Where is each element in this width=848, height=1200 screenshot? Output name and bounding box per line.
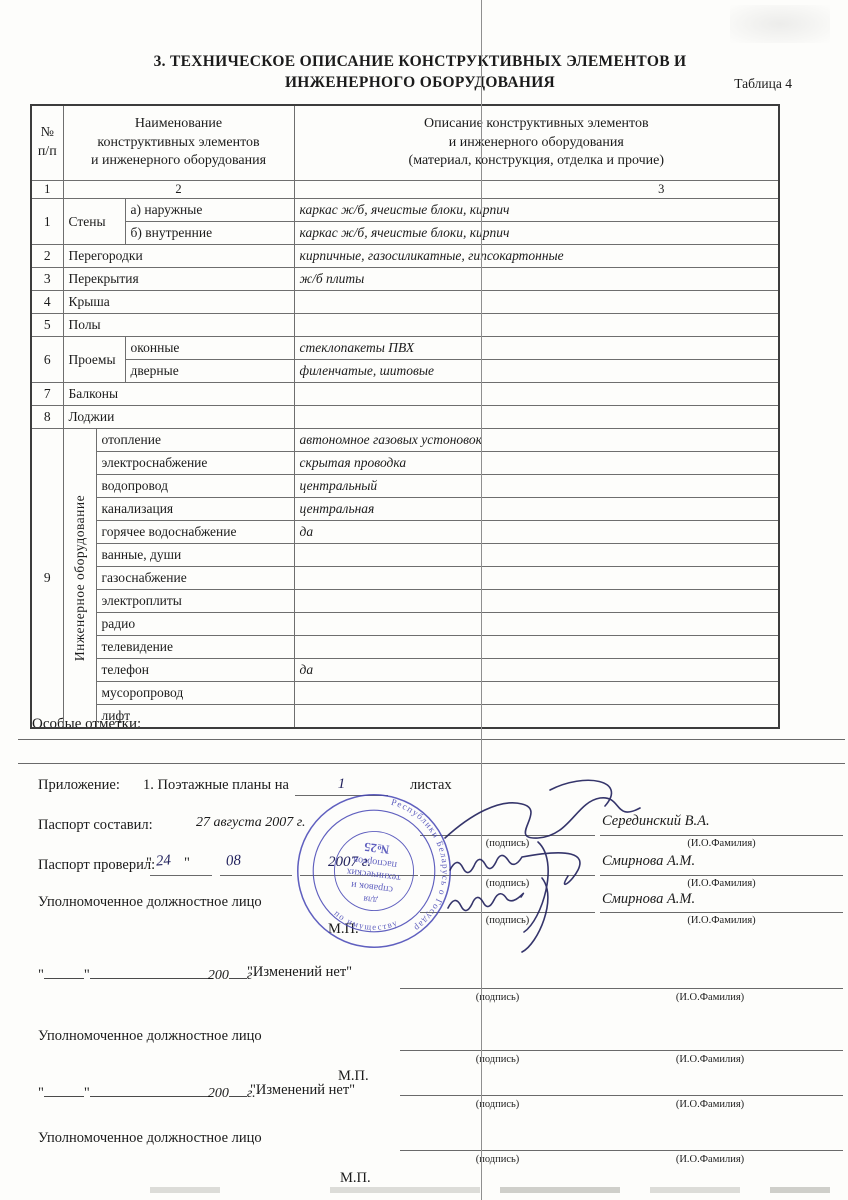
- cb2-official-label: Уполномоченное должностное лицо: [38, 1130, 262, 1147]
- official-name: Смирнова А.М.: [602, 891, 695, 908]
- description-cell: ж/б плиты: [294, 268, 779, 291]
- element-name-cell: ванные, души: [96, 544, 294, 567]
- row-number-cell: 3: [31, 268, 63, 291]
- change-block-1-date: ""200г: [38, 964, 252, 984]
- description-cell: каркас ж/б, ячеистые блоки, кирпич: [294, 222, 779, 245]
- cb1-official-line: [400, 1050, 843, 1051]
- cb1-official-label: Уполномоченное должностное лицо: [38, 1028, 262, 1045]
- element-name-cell: б) внутренние: [125, 222, 294, 245]
- vertical-group-label: Инженерное оборудование: [72, 495, 88, 661]
- cb2-day-blank: [44, 1082, 84, 1097]
- special-marks-line-1: [18, 739, 845, 740]
- table-row: телевидение: [31, 636, 779, 659]
- element-name-cell: электроплиты: [96, 590, 294, 613]
- compiled-name: Серединский В.А.: [602, 813, 710, 830]
- elements-table: № п/п Наименование конструктивных элемен…: [30, 104, 780, 729]
- cb2-fam-caption: (И.О.Фамилия): [600, 1099, 820, 1110]
- description-cell: [294, 613, 779, 636]
- signature-official: [448, 893, 523, 910]
- element-name-cell: водопровод: [96, 475, 294, 498]
- column-index-row: 1 2 3: [31, 181, 779, 199]
- checked-day-line: [150, 875, 212, 876]
- description-cell: [294, 544, 779, 567]
- table-row: ванные, души: [31, 544, 779, 567]
- cb2-sign-line: [400, 1095, 843, 1096]
- attachment-item: 1. Поэтажные планы на: [143, 777, 289, 794]
- cb1-year-blank: [229, 964, 247, 979]
- table-row: 5Полы: [31, 314, 779, 337]
- index-2: 2: [63, 181, 294, 199]
- row-number-cell: 5: [31, 314, 63, 337]
- group-cell: Стены: [63, 199, 125, 245]
- page-title-line1: 3. ТЕХНИЧЕСКОЕ ОПИСАНИЕ КОНСТРУКТИВНЫХ Э…: [0, 52, 840, 73]
- compiled-date: 27 августа 2007 г.: [196, 815, 306, 831]
- cb2-month-blank: [90, 1082, 208, 1097]
- table-row: 8Лоджии: [31, 406, 779, 429]
- element-name-cell: Балконы: [63, 383, 294, 406]
- description-cell: кирпичные, газосиликатные, гипсокартонны…: [294, 245, 779, 268]
- checked-quote-close: ": [184, 855, 190, 872]
- checked-year: 2007 г.: [328, 854, 371, 871]
- table-row: дверныефиленчатые, шитовые: [31, 360, 779, 383]
- official-sign-caption: (подпись): [420, 915, 595, 926]
- cb2-sign-caption: (подпись): [410, 1099, 585, 1110]
- header-desc-cell: Описание конструктивных элементов и инже…: [294, 105, 779, 181]
- index-3: 3: [294, 181, 779, 199]
- element-name-cell: Полы: [63, 314, 294, 337]
- header-desc-line1: Описание конструктивных элементов: [299, 115, 775, 134]
- header-num-line1: №: [36, 124, 59, 143]
- checked-month: 08: [225, 852, 241, 870]
- table-row: б) внутренниекаркас ж/б, ячеистые блоки,…: [31, 222, 779, 245]
- description-cell: автономное газовых устоновок: [294, 429, 779, 452]
- svg-text:справок и: справок и: [350, 879, 394, 895]
- checked-day: 24: [155, 852, 171, 870]
- scan-smudge: [730, 5, 830, 43]
- row-number-cell: 9: [31, 429, 63, 729]
- element-name-cell: мусоропровод: [96, 682, 294, 705]
- table-row: 6Проемыоконныестеклопакеты ПВХ: [31, 337, 779, 360]
- page-title-line2: ИНЖЕНЕРНОГО ОБОРУДОВАНИЯ: [0, 73, 840, 94]
- cb1-official-sign-caption: (подпись): [410, 1054, 585, 1065]
- element-name-cell: газоснабжение: [96, 567, 294, 590]
- row-number-cell: 4: [31, 291, 63, 314]
- element-name-cell: электроснабжение: [96, 452, 294, 475]
- checked-sign-line: [420, 875, 595, 876]
- cb1-official-fam-caption: (И.О.Фамилия): [600, 1054, 820, 1065]
- change-block-2-nochanges: "Изменений нет": [250, 1082, 355, 1099]
- table-row: канализацияцентральная: [31, 498, 779, 521]
- header-name-cell: Наименование конструктивных элементов и …: [63, 105, 294, 181]
- description-cell: стеклопакеты ПВХ: [294, 337, 779, 360]
- description-cell: [294, 590, 779, 613]
- table-row: 3Перекрытияж/б плиты: [31, 268, 779, 291]
- table-header-row: № п/п Наименование конструктивных элемен…: [31, 105, 779, 181]
- element-name-cell: телевидение: [96, 636, 294, 659]
- cb2-year: 200: [208, 1086, 229, 1101]
- cb2-official-line: [400, 1150, 843, 1151]
- mp-label-1: М.П.: [328, 921, 359, 938]
- checked-name-line: [600, 875, 843, 876]
- row-number-cell: 1: [31, 199, 63, 245]
- table-row: водопроводцентральный: [31, 475, 779, 498]
- cb1-year: 200: [208, 968, 229, 983]
- official-name-caption: (И.О.Фамилия): [600, 915, 843, 926]
- table-row: 4Крыша: [31, 291, 779, 314]
- attachment-label: Приложение:: [38, 777, 120, 794]
- scan-edge-artifact: [330, 1187, 480, 1193]
- element-name-cell: Лоджии: [63, 406, 294, 429]
- cb1-month-blank: [90, 964, 208, 979]
- table-row: электроснабжениескрытая проводка: [31, 452, 779, 475]
- attachment-suffix: листах: [410, 777, 452, 794]
- checked-sign-caption: (подпись): [420, 878, 595, 889]
- description-cell: скрытая проводка: [294, 452, 779, 475]
- element-name-cell: лифт: [96, 705, 294, 729]
- group-cell: Проемы: [63, 337, 125, 383]
- compiled-name-line: [600, 835, 843, 836]
- vertical-group-cell: Инженерное оборудование: [63, 429, 96, 729]
- index-1: 1: [31, 181, 63, 199]
- cb1-fam-caption: (И.О.Фамилия): [600, 992, 820, 1003]
- attachment-count-value: 1: [295, 776, 388, 793]
- table-row: 7Балконы: [31, 383, 779, 406]
- attachment-count-line: [295, 795, 388, 796]
- element-name-cell: отопление: [96, 429, 294, 452]
- checked-quote-open: ": [146, 855, 152, 872]
- scanned-technical-passport-page: 3. ТЕХНИЧЕСКОЕ ОПИСАНИЕ КОНСТРУКТИВНЫХ Э…: [0, 0, 848, 1200]
- header-name-line2: конструктивных элементов: [68, 134, 290, 153]
- header-name-line1: Наименование: [68, 115, 290, 134]
- element-name-cell: телефон: [96, 659, 294, 682]
- passport-compiled-label: Паспорт составил:: [38, 817, 153, 834]
- passport-checked-label: Паспорт проверил:: [38, 857, 155, 874]
- description-cell: [294, 406, 779, 429]
- checked-month-line: [220, 875, 292, 876]
- scan-edge-artifact: [150, 1187, 220, 1193]
- header-num-line2: п/п: [36, 143, 59, 162]
- round-stamp: Республики Беларусь о Государ по имущест…: [283, 780, 466, 963]
- description-cell: [294, 705, 779, 729]
- row-number-cell: 6: [31, 337, 63, 383]
- compiled-name-caption: (И.О.Фамилия): [600, 838, 843, 849]
- element-name-cell: горячее водоснабжение: [96, 521, 294, 544]
- compiled-sign-line: [420, 835, 595, 836]
- cb1-sign-caption: (подпись): [410, 992, 585, 1003]
- description-cell: [294, 682, 779, 705]
- checked-year-line: [300, 875, 418, 876]
- row-number-cell: 2: [31, 245, 63, 268]
- row-number-cell: 8: [31, 406, 63, 429]
- checked-name-caption: (И.О.Фамилия): [600, 878, 843, 889]
- header-desc-line2: и инженерного оборудования: [299, 134, 775, 153]
- description-cell: да: [294, 659, 779, 682]
- scan-edge-artifact: [770, 1187, 830, 1193]
- description-cell: [294, 567, 779, 590]
- table-body: 1Стеныа) наружныекаркас ж/б, ячеистые бл…: [31, 199, 779, 729]
- table-row: газоснабжение: [31, 567, 779, 590]
- element-name-cell: оконные: [125, 337, 294, 360]
- table-row: мусоропровод: [31, 682, 779, 705]
- table-row: горячее водоснабжениеда: [31, 521, 779, 544]
- header-num-cell: № п/п: [31, 105, 63, 181]
- official-label: Уполномоченное должностное лицо: [38, 894, 262, 911]
- element-name-cell: Крыша: [63, 291, 294, 314]
- description-cell: каркас ж/б, ячеистые блоки, кирпич: [294, 199, 779, 222]
- description-cell: центральная: [294, 498, 779, 521]
- table-caption: Таблица 4: [734, 76, 792, 92]
- stamp-center-text: для справок и технических паспортов №25: [343, 838, 405, 908]
- page-fold-line: [481, 0, 482, 1200]
- cb2-official-sign-caption: (подпись): [410, 1154, 585, 1165]
- special-marks-line-2: [18, 763, 845, 764]
- cb1-day-blank: [44, 964, 84, 979]
- handwritten-signatures: [400, 770, 700, 970]
- element-name-cell: Перекрытия: [63, 268, 294, 291]
- description-cell: да: [294, 521, 779, 544]
- row-number-cell: 7: [31, 383, 63, 406]
- element-name-cell: дверные: [125, 360, 294, 383]
- description-cell: филенчатые, шитовые: [294, 360, 779, 383]
- element-name-cell: радио: [96, 613, 294, 636]
- table-row: 9Инженерное оборудованиеотоплениеавтоном…: [31, 429, 779, 452]
- header-desc-line3: (материал, конструкция, отделка и прочие…: [299, 152, 775, 171]
- cb2-official-fam-caption: (И.О.Фамилия): [600, 1154, 820, 1165]
- table-row: 2Перегородкикирпичные, газосиликатные, г…: [31, 245, 779, 268]
- change-block-1-nochanges: "Изменений нет": [247, 964, 352, 981]
- change-block-2-date: ""200г.: [38, 1082, 256, 1102]
- cb2-year-blank: [229, 1082, 247, 1097]
- description-cell: [294, 383, 779, 406]
- compiled-sign-caption: (подпись): [420, 838, 595, 849]
- scan-edge-artifact: [650, 1187, 740, 1193]
- scan-edge-artifact: [500, 1187, 620, 1193]
- checked-name: Смирнова А.М.: [602, 853, 695, 870]
- description-cell: [294, 291, 779, 314]
- header-name-line3: и инженерного оборудования: [68, 152, 290, 171]
- official-name-line: [600, 912, 843, 913]
- description-cell: [294, 314, 779, 337]
- table-row: 1Стеныа) наружныекаркас ж/б, ячеистые бл…: [31, 199, 779, 222]
- table-row: телефонда: [31, 659, 779, 682]
- table-row: лифт: [31, 705, 779, 729]
- table-row: электроплиты: [31, 590, 779, 613]
- element-name-cell: а) наружные: [125, 199, 294, 222]
- signature-compiled-flourish: [550, 780, 611, 806]
- element-name-cell: Перегородки: [63, 245, 294, 268]
- description-cell: центральный: [294, 475, 779, 498]
- mp-label-3: М.П.: [340, 1170, 371, 1187]
- table-row: радио: [31, 613, 779, 636]
- svg-text:для: для: [362, 893, 378, 906]
- page-title: 3. ТЕХНИЧЕСКОЕ ОПИСАНИЕ КОНСТРУКТИВНЫХ Э…: [0, 52, 840, 94]
- official-sign-line: [420, 912, 595, 913]
- cb1-sign-line: [400, 988, 843, 989]
- element-name-cell: канализация: [96, 498, 294, 521]
- description-cell: [294, 636, 779, 659]
